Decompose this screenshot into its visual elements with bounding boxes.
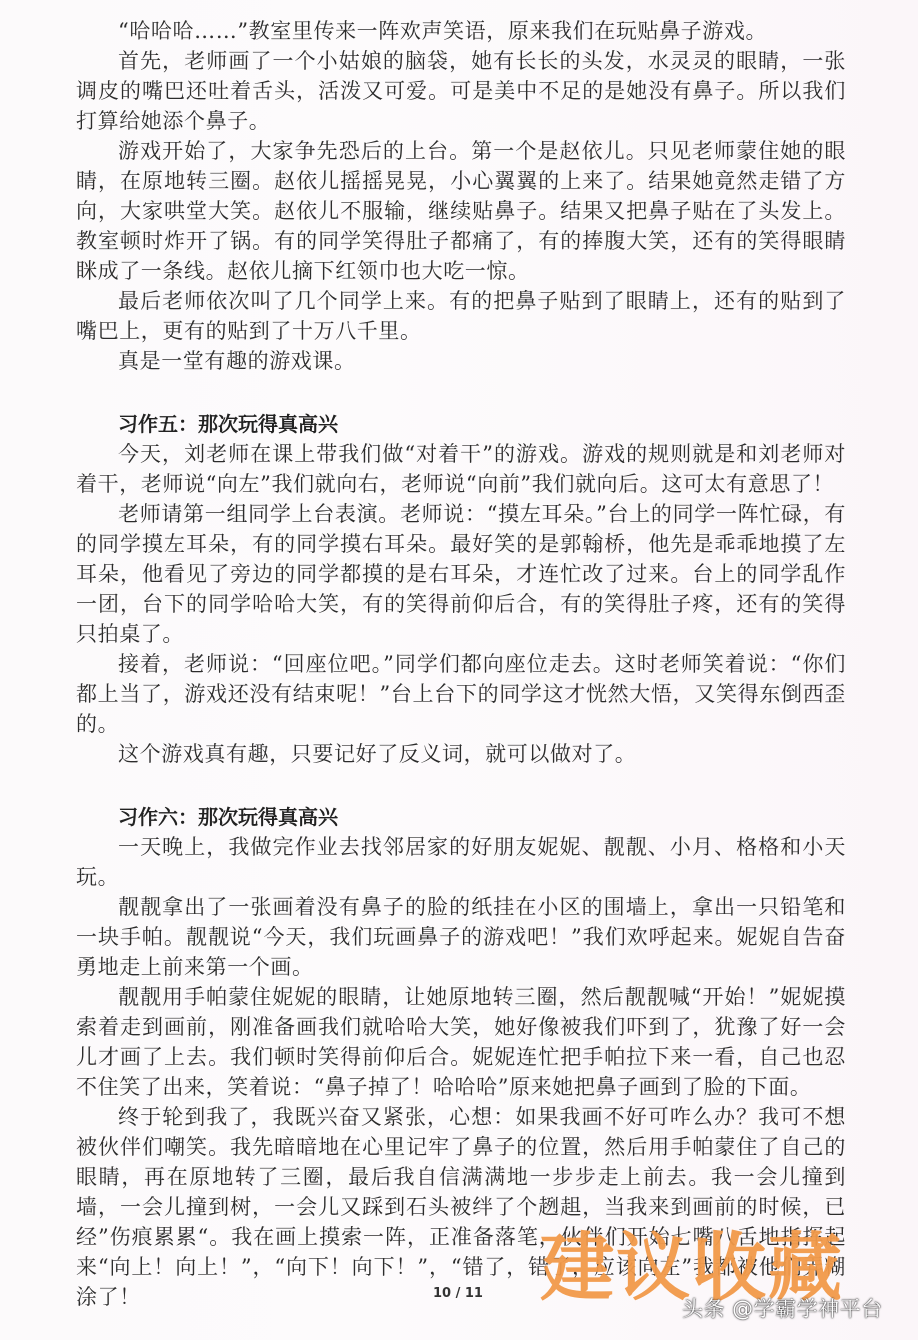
paragraph: 接着，老师说：“回座位吧。”同学们都向座位走去。这时老师笑着说：“你们都上当了，… [76, 649, 846, 739]
paragraph: “哈哈哈……”教室里传来一阵欢声笑语，原来我们在玩贴鼻子游戏。 [76, 16, 846, 46]
paragraph: 最后老师依次叫了几个同学上来。有的把鼻子贴到了眼睛上，还有的贴到了嘴巴上，更有的… [76, 286, 846, 346]
paragraph: 今天，刘老师在课上带我们做“对着干”的游戏。游戏的规则就是和刘老师对着干，老师说… [76, 439, 846, 499]
paragraph: 靓靓拿出了一张画着没有鼻子的脸的纸挂在小区的围墙上，拿出一只铅笔和一块手帕。靓靓… [76, 892, 846, 982]
essay-section-5: 习作五：那次玩得真高兴 今天，刘老师在课上带我们做“对着干”的游戏。游戏的规则就… [76, 409, 846, 769]
paragraph: 真是一堂有趣的游戏课。 [76, 346, 846, 376]
section-title: 习作五：那次玩得真高兴 [76, 409, 846, 439]
section-spacer [76, 769, 846, 802]
essay-section-previous: “哈哈哈……”教室里传来一阵欢声笑语，原来我们在玩贴鼻子游戏。 首先，老师画了一… [76, 16, 846, 376]
section-title: 习作六：那次玩得真高兴 [76, 802, 846, 832]
paragraph: 这个游戏真有趣，只要记好了反义词，就可以做对了。 [76, 739, 846, 769]
page-number: 10 / 11 [433, 1286, 483, 1301]
document-body: “哈哈哈……”教室里传来一阵欢声笑语，原来我们在玩贴鼻子游戏。 首先，老师画了一… [76, 16, 846, 1312]
document-page: “哈哈哈……”教室里传来一阵欢声笑语，原来我们在玩贴鼻子游戏。 首先，老师画了一… [0, 0, 918, 1340]
paragraph: 老师请第一组同学上台表演。老师说：“摸左耳朵。”台上的同学一阵忙碌，有的同学摸左… [76, 499, 846, 649]
paragraph: 一天晚上，我做完作业去找邻居家的好朋友妮妮、靓靓、小月、格格和小天玩。 [76, 832, 846, 892]
paragraph: 游戏开始了，大家争先恐后的上台。第一个是赵依儿。只见老师蒙住她的眼睛，在原地转三… [76, 136, 846, 286]
paragraph: 首先，老师画了一个小姑娘的脑袋，她有长长的头发，水灵灵的眼睛，一张调皮的嘴巴还吐… [76, 46, 846, 136]
section-spacer [76, 376, 846, 409]
paragraph: 靓靓用手帕蒙住妮妮的眼睛，让她原地转三圈，然后靓靓喊“开始！”妮妮摸索着走到画前… [76, 982, 846, 1102]
source-watermark: 头条 @学霸学神平台 [682, 1293, 883, 1323]
